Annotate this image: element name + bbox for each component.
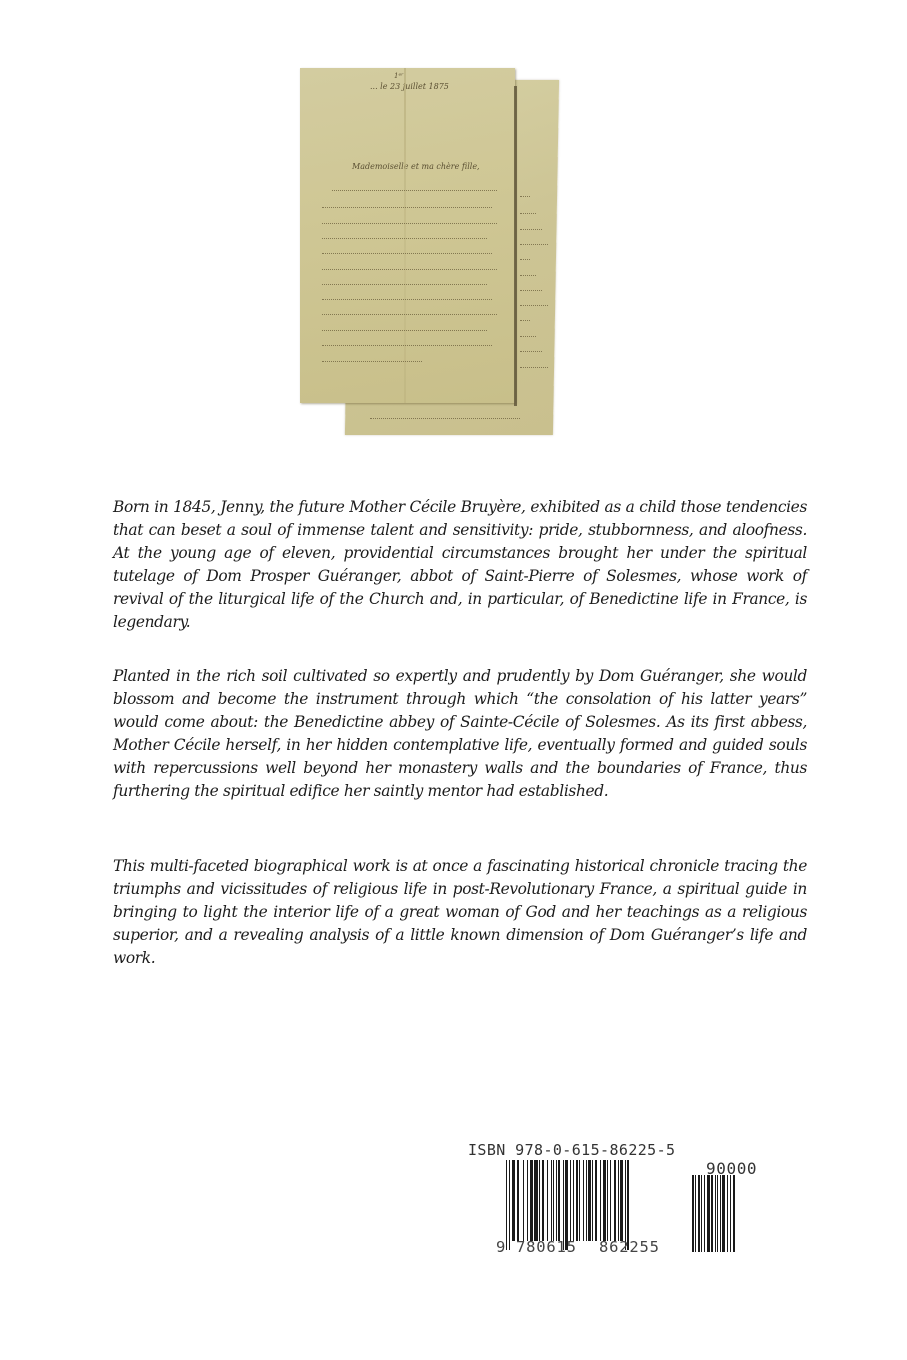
description-paragraph-2: Planted in the rich soil cultivated so e… bbox=[113, 665, 807, 804]
barcode-digit-first: 9 bbox=[496, 1238, 505, 1256]
description-paragraph-1: Born in 1845, Jenny, the future Mother C… bbox=[113, 496, 807, 635]
barcode-addon-bars bbox=[692, 1175, 776, 1252]
description-paragraph-3: This multi-faceted biographical work is … bbox=[113, 855, 807, 970]
letter-salutation: Mademoiselle et ma chère fille, bbox=[352, 162, 480, 171]
barcode-digits-right: 862255 bbox=[599, 1238, 660, 1256]
barcode-digits-left: 780615 bbox=[516, 1238, 577, 1256]
letter-photo: 1ᵉʳ ... le 23 juillet 1875 Mademoiselle … bbox=[300, 68, 540, 438]
letter-fold-edge bbox=[514, 86, 517, 406]
isbn-label: ISBN 978-0-615-86225-5 bbox=[468, 1141, 675, 1159]
isbn-barcode: ISBN 978-0-615-86225-5 90000 9 780615 86… bbox=[468, 1141, 808, 1266]
letter-date-line: ... le 23 juillet 1875 bbox=[370, 82, 449, 91]
letter-page-number: 1ᵉʳ bbox=[394, 72, 404, 80]
